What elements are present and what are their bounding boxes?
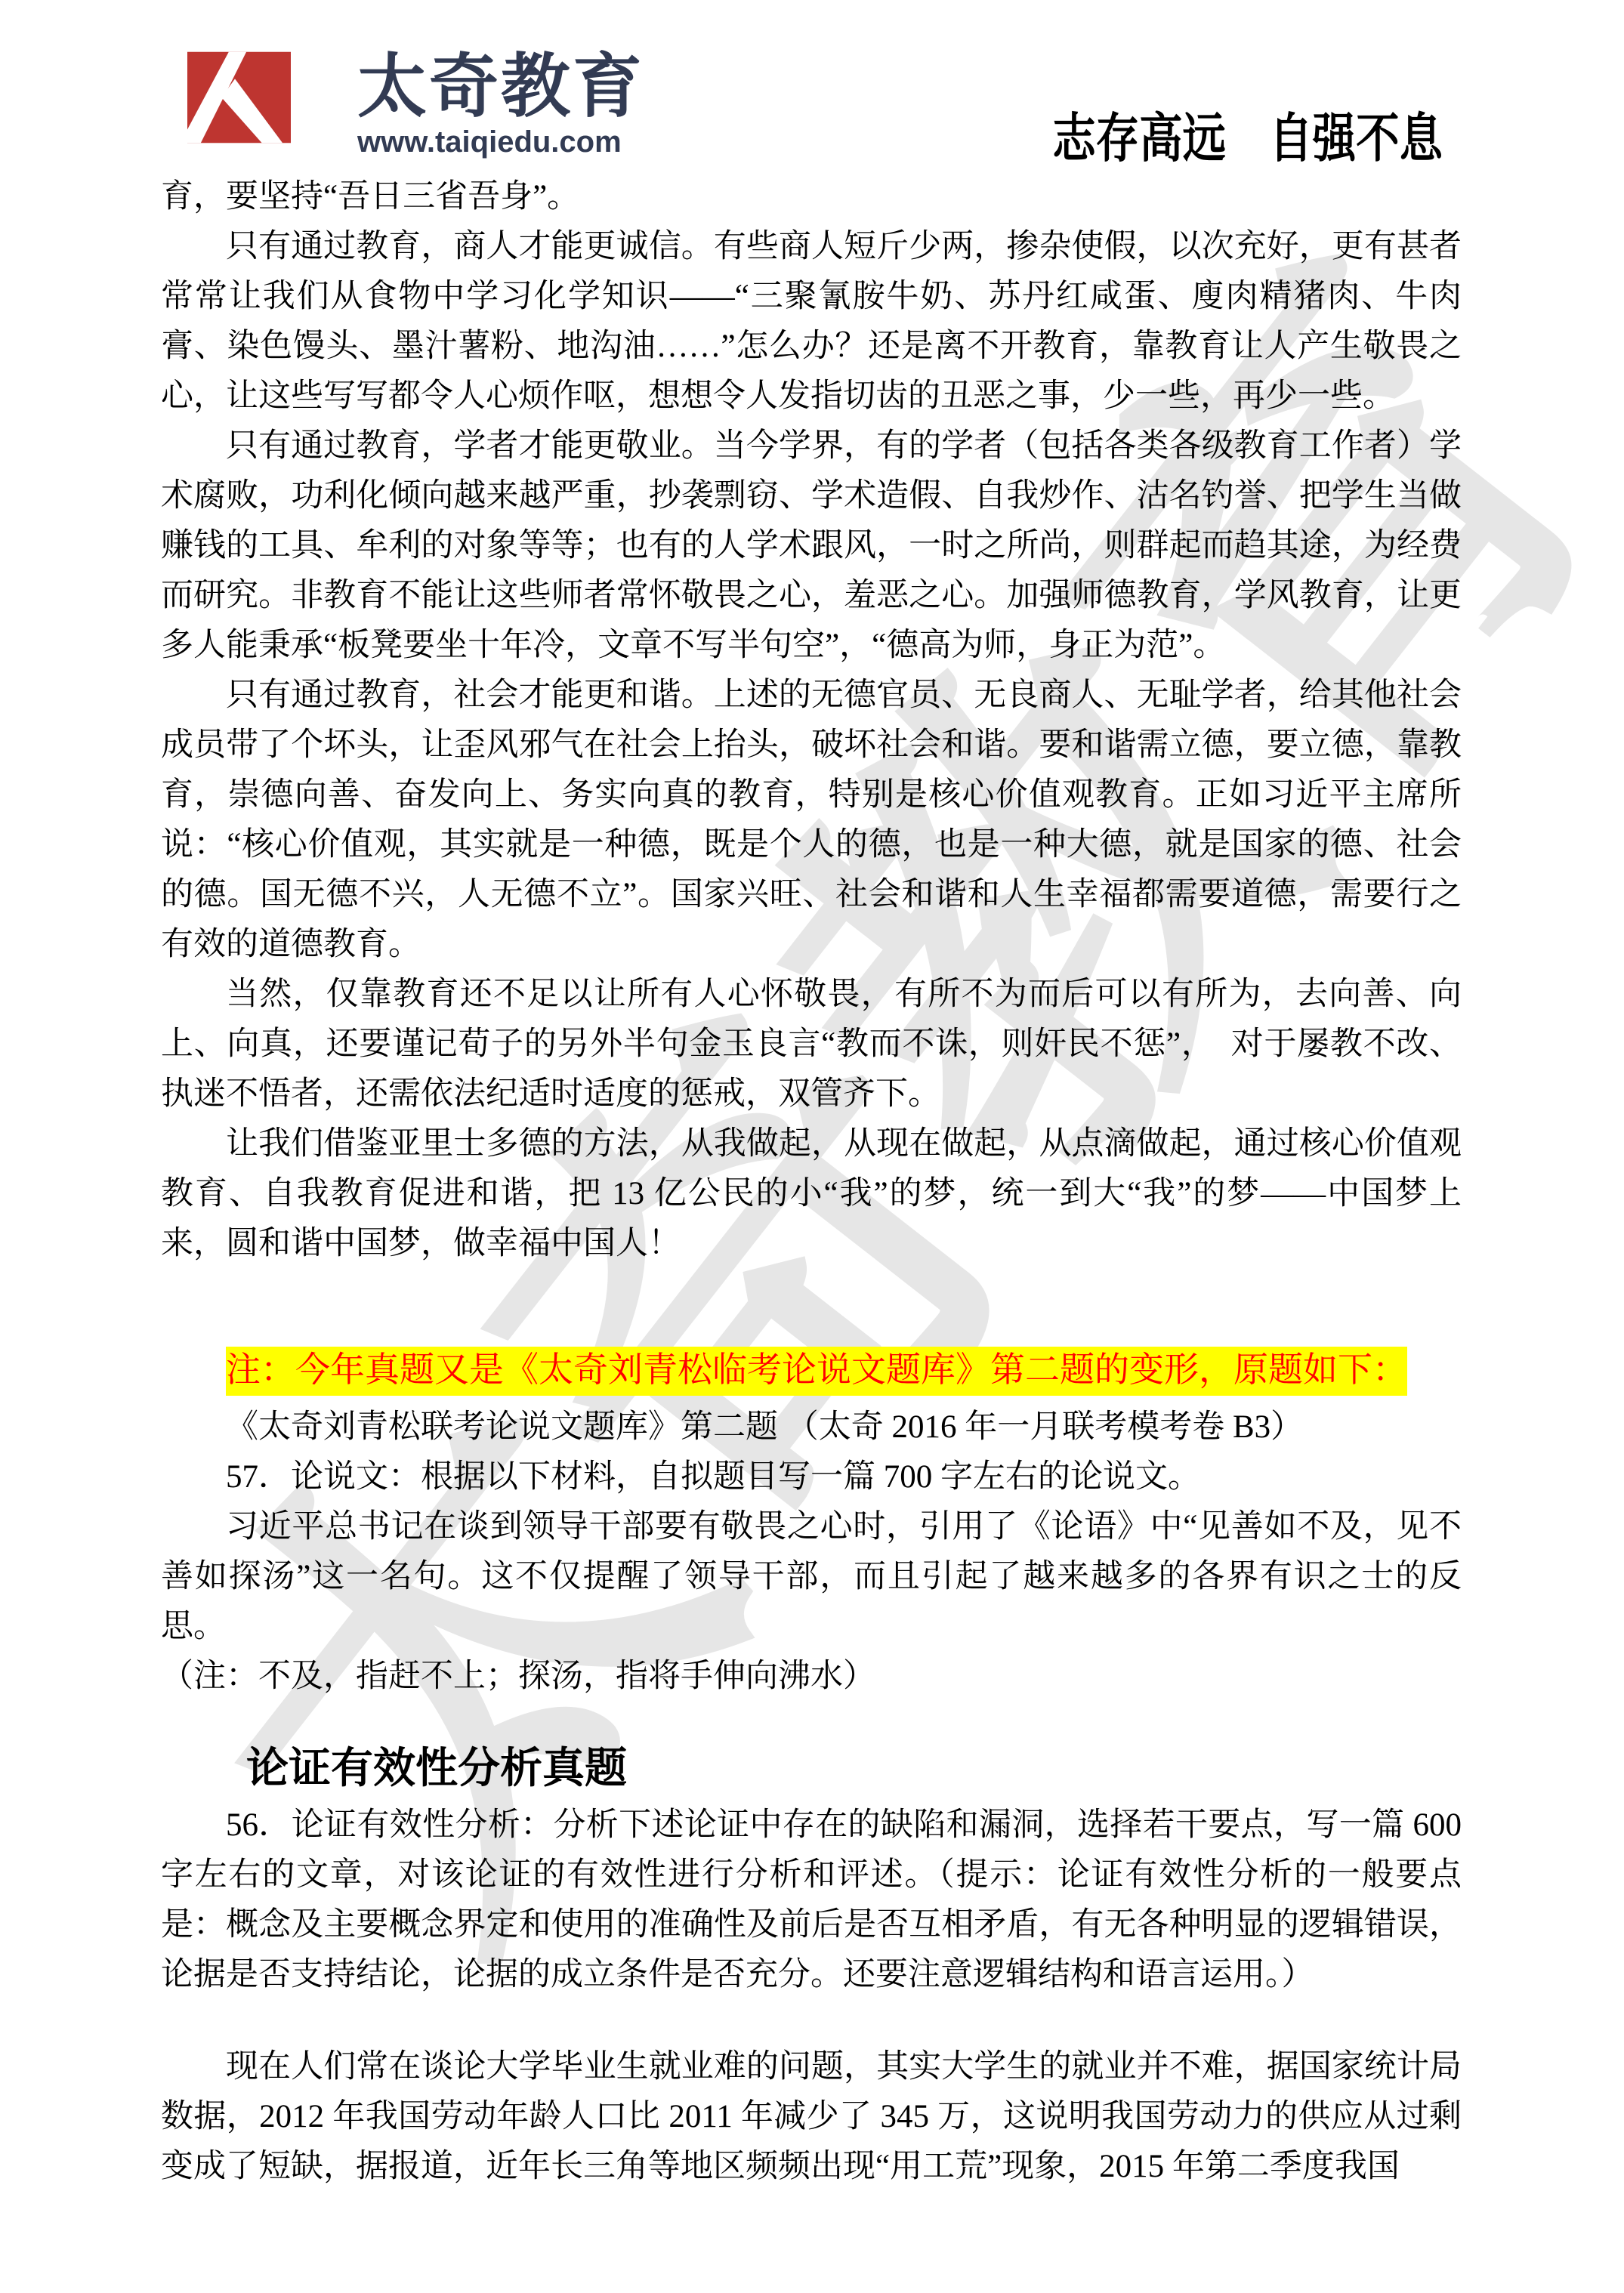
essay-paragraph-society: 只有通过教育，社会才能更和谐。上述的无德官员、无良商人、无耻学者，给其他社会成员…	[161, 671, 1462, 970]
document-content: 育，要坚持“吾日三省吾身”。 只有通过教育，商人才能更诚信。有些商人短斤少两，掺…	[161, 172, 1462, 2192]
essay-paragraph-continuation: 育，要坚持“吾日三省吾身”。	[161, 172, 1462, 222]
question-56-prompt: 56．论证有效性分析：分析下述论证中存在的缺陷和漏洞，选择若干要点，写一篇 60…	[161, 1801, 1462, 2000]
essay-paragraph-merchants: 只有通过教育，商人才能更诚信。有些商人短斤少两，掺杂使假，以次充好，更有甚者常常…	[161, 222, 1462, 421]
brand-name: 太奇教育	[357, 51, 644, 123]
brand-block: 太奇教育 www.taiqiedu.com	[357, 51, 644, 158]
essay-paragraph-punishment: 当然，仅靠教育还不足以让所有人心怀敬畏，有所不为而后可以有所为，去向善、向上、向…	[161, 970, 1462, 1119]
taiqi-logo-icon	[187, 51, 291, 144]
question-source-line: 《太奇刘青松联考论说文题库》第二题 （太奇 2016 年一月联考模考卷 B3）	[161, 1403, 1462, 1452]
highlighted-note-line: 注：今年真题又是《太奇刘青松临考论说文题库》第二题的变形，原题如下：	[161, 1345, 1462, 1395]
header-slogan: 志存高远 自强不息	[1052, 110, 1443, 170]
question-56-material: 现在人们常在谈论大学毕业生就业难的问题，其实大学生的就业并不难，据国家统计局数据…	[161, 2042, 1462, 2192]
header-logo-row: 太奇教育 www.taiqiedu.com	[187, 51, 644, 158]
essay-paragraph-scholars: 只有通过教育，学者才能更敬业。当今学界，有的学者（包括各类各级教育工作者）学术腐…	[161, 421, 1462, 671]
highlighted-note-text: 注：今年真题又是《太奇刘青松临考论说文题库》第二题的变形，原题如下：	[226, 1347, 1407, 1396]
section-heading-argument-analysis: 论证有效性分析真题	[161, 1745, 1462, 1791]
question-57-footnote: （注：不及，指赶不上；探汤，指将手伸向沸水）	[161, 1652, 1462, 1702]
essay-paragraph-chinadream: 让我们借鉴亚里士多德的方法，从我做起，从现在做起，从点滴做起，通过核心价值观教育…	[161, 1119, 1462, 1269]
question-57-prompt: 57．论说文：根据以下材料，自拟题目写一篇 700 字左右的论说文。	[161, 1452, 1462, 1502]
brand-url: www.taiqiedu.com	[357, 126, 644, 158]
question-57-material: 习近平总书记在谈到领导干部要有敬畏之心时，引用了《论语》中“见善如不及，见不善如…	[161, 1502, 1462, 1652]
document-page: 太奇教育 太奇教育 www.taiqiedu.com 志存高远 自强不息 育，要…	[0, 0, 1624, 2293]
header-slogan-wrap: 志存高远 自强不息	[967, 110, 1443, 170]
